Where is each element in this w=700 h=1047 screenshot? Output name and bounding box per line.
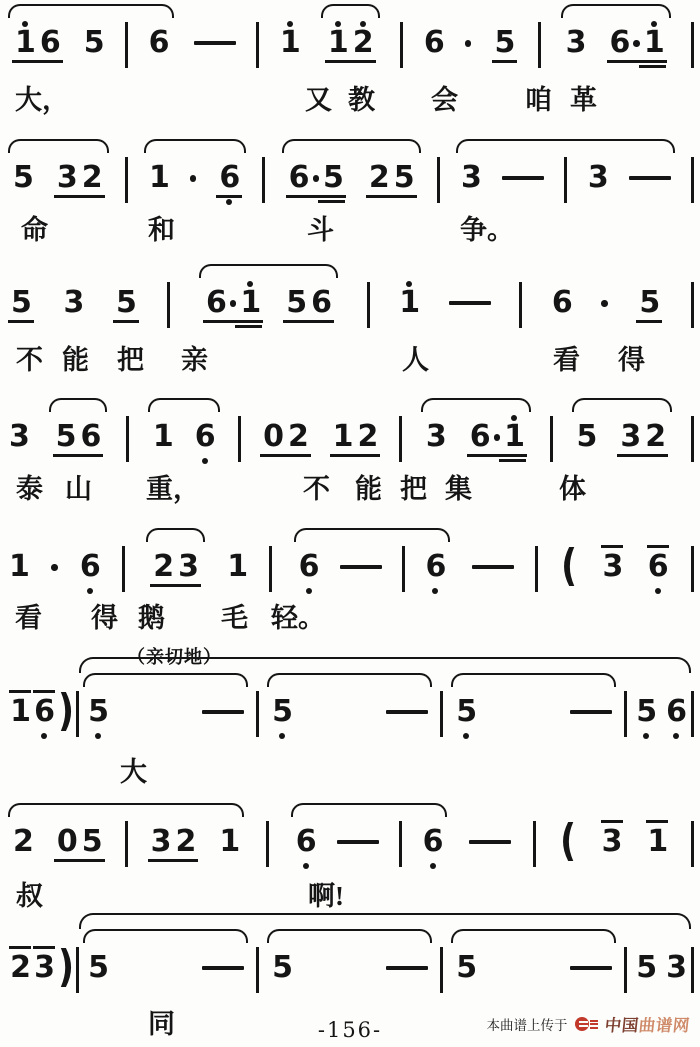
- barline: [400, 22, 403, 68]
- octave-dot-below: [643, 733, 649, 739]
- note: 6: [469, 412, 491, 472]
- note: 0: [56, 817, 78, 877]
- note-digit: 1: [10, 697, 30, 727]
- note-lower-marks: [430, 857, 436, 877]
- lyric-char: 不: [16, 344, 43, 376]
- note: 5: [115, 278, 137, 338]
- barline: [535, 546, 538, 592]
- beam-group: 12: [330, 412, 381, 472]
- note-digit: 5: [56, 422, 76, 452]
- phrase-slur-group: 55556: [79, 687, 691, 747]
- parenthesis: (: [561, 542, 577, 590]
- lyric-char: 能: [355, 473, 382, 505]
- note: 6: [609, 18, 631, 78]
- note: 5: [87, 687, 109, 747]
- duration-dash: [469, 840, 511, 844]
- lyric-char: 叔: [16, 880, 43, 912]
- note: 5: [322, 153, 344, 213]
- note-digit: 6: [424, 28, 444, 58]
- lyric-char: 得: [91, 602, 118, 634]
- note: 3: [425, 412, 447, 472]
- notation-line-7: 20532166(31: [8, 799, 694, 877]
- second-underline: [639, 65, 666, 68]
- beam-group: 5: [492, 18, 518, 78]
- note: 2: [357, 412, 379, 472]
- beam-group: 32: [617, 412, 668, 472]
- lyric-char: 集: [445, 473, 472, 505]
- note-digit: 3: [426, 422, 446, 452]
- note: 1: [226, 542, 248, 602]
- overline: [647, 545, 669, 548]
- dot-icon: [633, 40, 640, 47]
- notation-line-8: 23)55553: [8, 909, 694, 1003]
- dot-icon: [494, 434, 501, 441]
- note: 5: [494, 18, 516, 78]
- note-digit: 2: [176, 827, 196, 857]
- dot-icon: [51, 564, 58, 571]
- note: 3: [665, 943, 687, 1003]
- note: 6: [205, 278, 227, 338]
- octave-dot-below: [279, 733, 285, 739]
- note: 3: [56, 153, 78, 213]
- lyric-char: 啊!: [308, 880, 344, 912]
- lyric-char: 大: [120, 756, 147, 788]
- lyric-char: 把: [117, 344, 144, 376]
- slur-group: 6156: [199, 278, 338, 338]
- lyric-char: 能: [62, 344, 89, 376]
- note-digit: 3: [603, 552, 623, 582]
- note-digit: 2: [369, 163, 389, 193]
- note-lower-marks: [463, 727, 469, 747]
- slur-group: 5: [267, 943, 432, 1003]
- lyric-char: 把: [400, 473, 427, 505]
- note: 3: [587, 153, 609, 213]
- note-digit: 6: [666, 697, 686, 727]
- note: 5: [10, 278, 32, 338]
- lyric-char: 体: [559, 473, 586, 505]
- note: 6: [218, 153, 240, 213]
- note-digit: 6: [149, 28, 169, 58]
- barline: [256, 947, 259, 993]
- overline: [9, 690, 31, 693]
- note: 3: [460, 153, 482, 213]
- note-digit: 5: [84, 28, 104, 58]
- note: 6: [80, 412, 102, 472]
- note: 1: [148, 153, 170, 213]
- slur-group: 66: [294, 542, 451, 602]
- slur-group: 33: [456, 153, 675, 213]
- octave-dot-below: [306, 588, 312, 594]
- octave-dot-below: [202, 458, 208, 464]
- phrase-slur-group: 55553: [79, 943, 691, 1003]
- lyric-char: 亲: [181, 344, 208, 376]
- lyric-char: 教: [348, 84, 375, 116]
- note-digit: 1: [504, 422, 524, 452]
- note-digit: 5: [636, 697, 656, 727]
- slur-group: 5: [267, 687, 432, 747]
- lyric-char: 斗: [307, 214, 334, 246]
- note: 6: [295, 817, 317, 877]
- barline: [256, 22, 259, 68]
- duration-dash: [449, 301, 491, 305]
- lyric-char: 看: [553, 344, 580, 376]
- lyrics-line-5: 看得鹅毛轻。: [8, 602, 700, 642]
- barline: [266, 821, 269, 867]
- note: 3: [177, 542, 199, 602]
- note: 5: [81, 817, 103, 877]
- overline: [601, 820, 623, 823]
- note-digit: 5: [272, 953, 292, 983]
- note-digit: 6: [206, 288, 226, 318]
- note-digit: 6: [195, 422, 215, 452]
- lyric-char: 得: [618, 344, 645, 376]
- duration-dash: [194, 41, 236, 45]
- slur-group: 361: [561, 18, 671, 78]
- note-digit: 3: [588, 163, 608, 193]
- lyric-char: 鹅: [138, 602, 165, 634]
- barline: [691, 157, 694, 203]
- note-digit: 1: [333, 422, 353, 452]
- note: 3: [150, 817, 172, 877]
- lyrics-line-2: 命和斗争。: [8, 214, 700, 254]
- note-digit: 5: [88, 697, 108, 727]
- octave-dot-below: [463, 733, 469, 739]
- note-digit: 6: [311, 288, 331, 318]
- note: 2: [175, 817, 197, 877]
- note: 6: [298, 542, 320, 602]
- barline: [440, 947, 443, 993]
- note: 1: [503, 412, 525, 472]
- note-lower-marks: [41, 727, 47, 747]
- note-digit: 5: [394, 163, 414, 193]
- beam-group: 25: [366, 153, 417, 213]
- note-digit: 1: [280, 28, 300, 58]
- duration-dash: [202, 710, 244, 714]
- note-digit: 5: [286, 288, 306, 318]
- note-digit: 5: [495, 28, 515, 58]
- beam-group: 32: [54, 153, 105, 213]
- note: 2: [644, 412, 666, 472]
- beam-group: 61: [607, 18, 667, 78]
- barline: [519, 282, 522, 328]
- note-digit: 1: [219, 827, 239, 857]
- note-digit: 5: [456, 953, 476, 983]
- lyric-char: 轻。: [271, 602, 325, 634]
- barline: [262, 157, 265, 203]
- slur-group: 12: [321, 18, 380, 78]
- barline: [125, 157, 128, 203]
- overline: [33, 690, 55, 693]
- note: 5: [83, 18, 105, 78]
- note: 1: [332, 412, 354, 472]
- note-digit: 5: [577, 422, 597, 452]
- note: 5: [87, 943, 109, 1003]
- slur-group: 6525: [282, 153, 421, 213]
- note-digit: 5: [13, 163, 33, 193]
- barline: [564, 157, 567, 203]
- note: 6: [194, 412, 216, 472]
- note: 2: [287, 412, 309, 472]
- duration-dash: [340, 565, 382, 569]
- lyric-char: 同: [148, 1008, 175, 1040]
- octave-dot-below: [303, 863, 309, 869]
- note-digit: 5: [82, 827, 102, 857]
- note-digit: 2: [153, 552, 173, 582]
- duration-dash: [570, 710, 612, 714]
- note-digit: 3: [34, 953, 54, 983]
- beam-group: 65: [286, 153, 346, 213]
- note: 2: [368, 153, 390, 213]
- duration-dash: [386, 710, 428, 714]
- note-digit: 1: [647, 827, 667, 857]
- note-digit: 0: [263, 422, 283, 452]
- note-lower-marks: [279, 727, 285, 747]
- note: 6: [665, 687, 687, 747]
- note: 5: [271, 943, 293, 1003]
- note: 1: [239, 278, 261, 338]
- barline: [126, 416, 129, 462]
- note: 6: [646, 542, 670, 602]
- slur-group: 5: [83, 687, 248, 747]
- barline: [437, 157, 440, 203]
- note: 5: [638, 278, 660, 338]
- second-underline: [235, 325, 262, 328]
- slur-group: 5: [451, 687, 616, 747]
- note: 1: [327, 18, 349, 78]
- barline: [122, 546, 125, 592]
- note-lower-marks: [655, 582, 661, 602]
- note: 1: [643, 18, 665, 78]
- overline: [9, 946, 31, 949]
- beam-group: 02: [260, 412, 311, 472]
- beam-group: 5: [636, 278, 662, 338]
- note-digit: 6: [552, 288, 572, 318]
- note: 5: [635, 943, 657, 1003]
- note-digit: 6: [219, 163, 239, 193]
- note: 6: [423, 18, 445, 78]
- note: 5: [55, 412, 77, 472]
- note-lower-marks: [226, 193, 232, 213]
- lyrics-line-8: 同: [8, 1008, 700, 1047]
- note-digit: 6: [80, 552, 100, 582]
- note-lower-marks: [432, 582, 438, 602]
- note-digit: 6: [423, 827, 443, 857]
- parenthesis: ): [58, 943, 74, 991]
- note: 5: [12, 153, 34, 213]
- note-digit: 1: [240, 288, 260, 318]
- slur-group: 16: [148, 412, 220, 472]
- slur-group: 361: [421, 412, 531, 472]
- duration-dash: [502, 176, 544, 180]
- note-digit: 1: [328, 28, 348, 58]
- note-lower-marks: [673, 727, 679, 747]
- lyric-char: 山: [65, 473, 92, 505]
- note-digit: 5: [636, 953, 656, 983]
- note-lower-marks: [643, 727, 649, 747]
- slur-group: 5: [83, 943, 248, 1003]
- note-digit: 6: [426, 552, 446, 582]
- note-digit: 6: [289, 163, 309, 193]
- duration-dash: [337, 840, 379, 844]
- slur-group: 1656: [8, 18, 174, 78]
- notation-line-6: 16)55556: [8, 653, 694, 747]
- parenthesis: (: [560, 817, 576, 865]
- note-digit: 2: [288, 422, 308, 452]
- note: 6: [310, 278, 332, 338]
- dot-icon: [313, 175, 320, 182]
- note-digit: 5: [11, 288, 31, 318]
- note-digit: 3: [666, 953, 686, 983]
- note: 2: [12, 817, 34, 877]
- beam-group: 5: [8, 278, 34, 338]
- octave-dot-below: [673, 733, 679, 739]
- note-digit: 5: [272, 697, 292, 727]
- dot-icon: [230, 300, 237, 307]
- barline: [238, 416, 241, 462]
- note: 2: [8, 943, 32, 1003]
- beam-group: 61: [467, 412, 527, 472]
- note: 1: [279, 18, 301, 78]
- lyric-char: 毛: [221, 602, 248, 634]
- overline: [646, 820, 668, 823]
- barline: [538, 22, 541, 68]
- note-digit: 6: [610, 28, 630, 58]
- note-digit: 1: [227, 552, 247, 582]
- note-digit: 6: [40, 28, 60, 58]
- note-lower-marks: [95, 727, 101, 747]
- lyric-char: 重，: [146, 473, 200, 505]
- note: 5: [285, 278, 307, 338]
- slur-group: 5: [451, 943, 616, 1003]
- note-digit: 5: [456, 697, 476, 727]
- beam-group: 16: [12, 18, 63, 78]
- note: 6: [551, 278, 573, 338]
- duration-dash: [386, 966, 428, 970]
- note-digit: 3: [57, 163, 77, 193]
- note: 5: [576, 412, 598, 472]
- beam-group: 23: [150, 542, 201, 602]
- note-digit: 3: [151, 827, 171, 857]
- note-lower-marks: [202, 452, 208, 472]
- beam-group: 61: [203, 278, 263, 338]
- slur-group: 56: [49, 412, 108, 472]
- octave-dot-below: [41, 733, 47, 739]
- note-digit: 1: [15, 28, 35, 58]
- note-digit: 3: [566, 28, 586, 58]
- lyric-char: 看: [15, 602, 42, 634]
- lyric-char: 又: [305, 84, 332, 116]
- parenthesis: ): [58, 687, 74, 735]
- note: 5: [271, 687, 293, 747]
- note: 1: [645, 817, 669, 877]
- lyric-char: 不: [303, 473, 330, 505]
- barline: [167, 282, 170, 328]
- lyric-char: 会: [431, 84, 458, 116]
- barline: [691, 282, 694, 328]
- note-digit: 2: [645, 422, 665, 452]
- octave-dot-below: [87, 588, 93, 594]
- slur-group: 16: [144, 153, 246, 213]
- barline: [440, 691, 443, 737]
- beam-group: 12: [325, 18, 376, 78]
- note: 6: [79, 542, 101, 602]
- note: 1: [14, 18, 36, 78]
- note-digit: 6: [470, 422, 490, 452]
- note-digit: 3: [602, 827, 622, 857]
- note-digit: 2: [10, 953, 30, 983]
- note: 3: [32, 943, 56, 1003]
- note: 6: [425, 542, 447, 602]
- beam-group: 56: [283, 278, 334, 338]
- note: 1: [398, 278, 420, 338]
- note: 6: [422, 817, 444, 877]
- lyric-char: 大，: [15, 84, 69, 116]
- note-digit: 6: [648, 552, 668, 582]
- note-digit: 2: [82, 163, 102, 193]
- note-digit: 6: [81, 422, 101, 452]
- note: 3: [62, 278, 84, 338]
- barline: [691, 416, 694, 462]
- notation-line-2: 53216652533: [8, 135, 694, 213]
- duration-dash: [570, 966, 612, 970]
- note: 2: [81, 153, 103, 213]
- barline: [367, 282, 370, 328]
- lyrics-line-6: 大: [8, 756, 700, 796]
- barline: [691, 947, 694, 993]
- note: 1: [8, 687, 32, 747]
- slur-group: 23: [146, 542, 205, 602]
- beam-group: 6: [216, 153, 242, 213]
- note-digit: 5: [639, 288, 659, 318]
- note-lower-marks: [306, 582, 312, 602]
- octave-dot-below: [95, 733, 101, 739]
- barline: [691, 22, 694, 68]
- notation-line-4: 356160212361532: [8, 394, 694, 472]
- note-digit: 3: [178, 552, 198, 582]
- lyric-char: 咱: [525, 84, 552, 116]
- notation-line-1: 165611265361: [8, 0, 694, 78]
- barline: [399, 416, 402, 462]
- note-digit: 5: [88, 953, 108, 983]
- barline: [691, 691, 694, 737]
- note: 5: [635, 687, 657, 747]
- note-digit: 1: [399, 288, 419, 318]
- notation-line-5: 1623166(36: [8, 524, 694, 602]
- lyric-char: 争。: [460, 214, 514, 246]
- second-underline: [499, 459, 526, 462]
- octave-dot-below: [655, 588, 661, 594]
- lyrics-line-1: 大，又教会咱革: [8, 84, 700, 124]
- lyric-char: 泰: [16, 473, 43, 505]
- notation-line-3: 5356156165: [8, 260, 694, 338]
- note-digit: 0: [57, 827, 77, 857]
- barline: [691, 821, 694, 867]
- octave-dot-below: [226, 199, 232, 205]
- overline: [601, 545, 623, 548]
- lyrics-line-4: 泰山重，不能把集体: [8, 473, 700, 513]
- note-digit: 2: [353, 28, 373, 58]
- dot-icon: [601, 300, 608, 307]
- note: 3: [600, 817, 624, 877]
- note-digit: 2: [13, 827, 33, 857]
- slur-group: 532: [572, 412, 673, 472]
- duration-dash: [202, 966, 244, 970]
- note: 2: [352, 18, 374, 78]
- beam-group: 5: [113, 278, 139, 338]
- barline: [125, 22, 128, 68]
- lyric-char: 人: [402, 344, 429, 376]
- note-lower-marks: [303, 857, 309, 877]
